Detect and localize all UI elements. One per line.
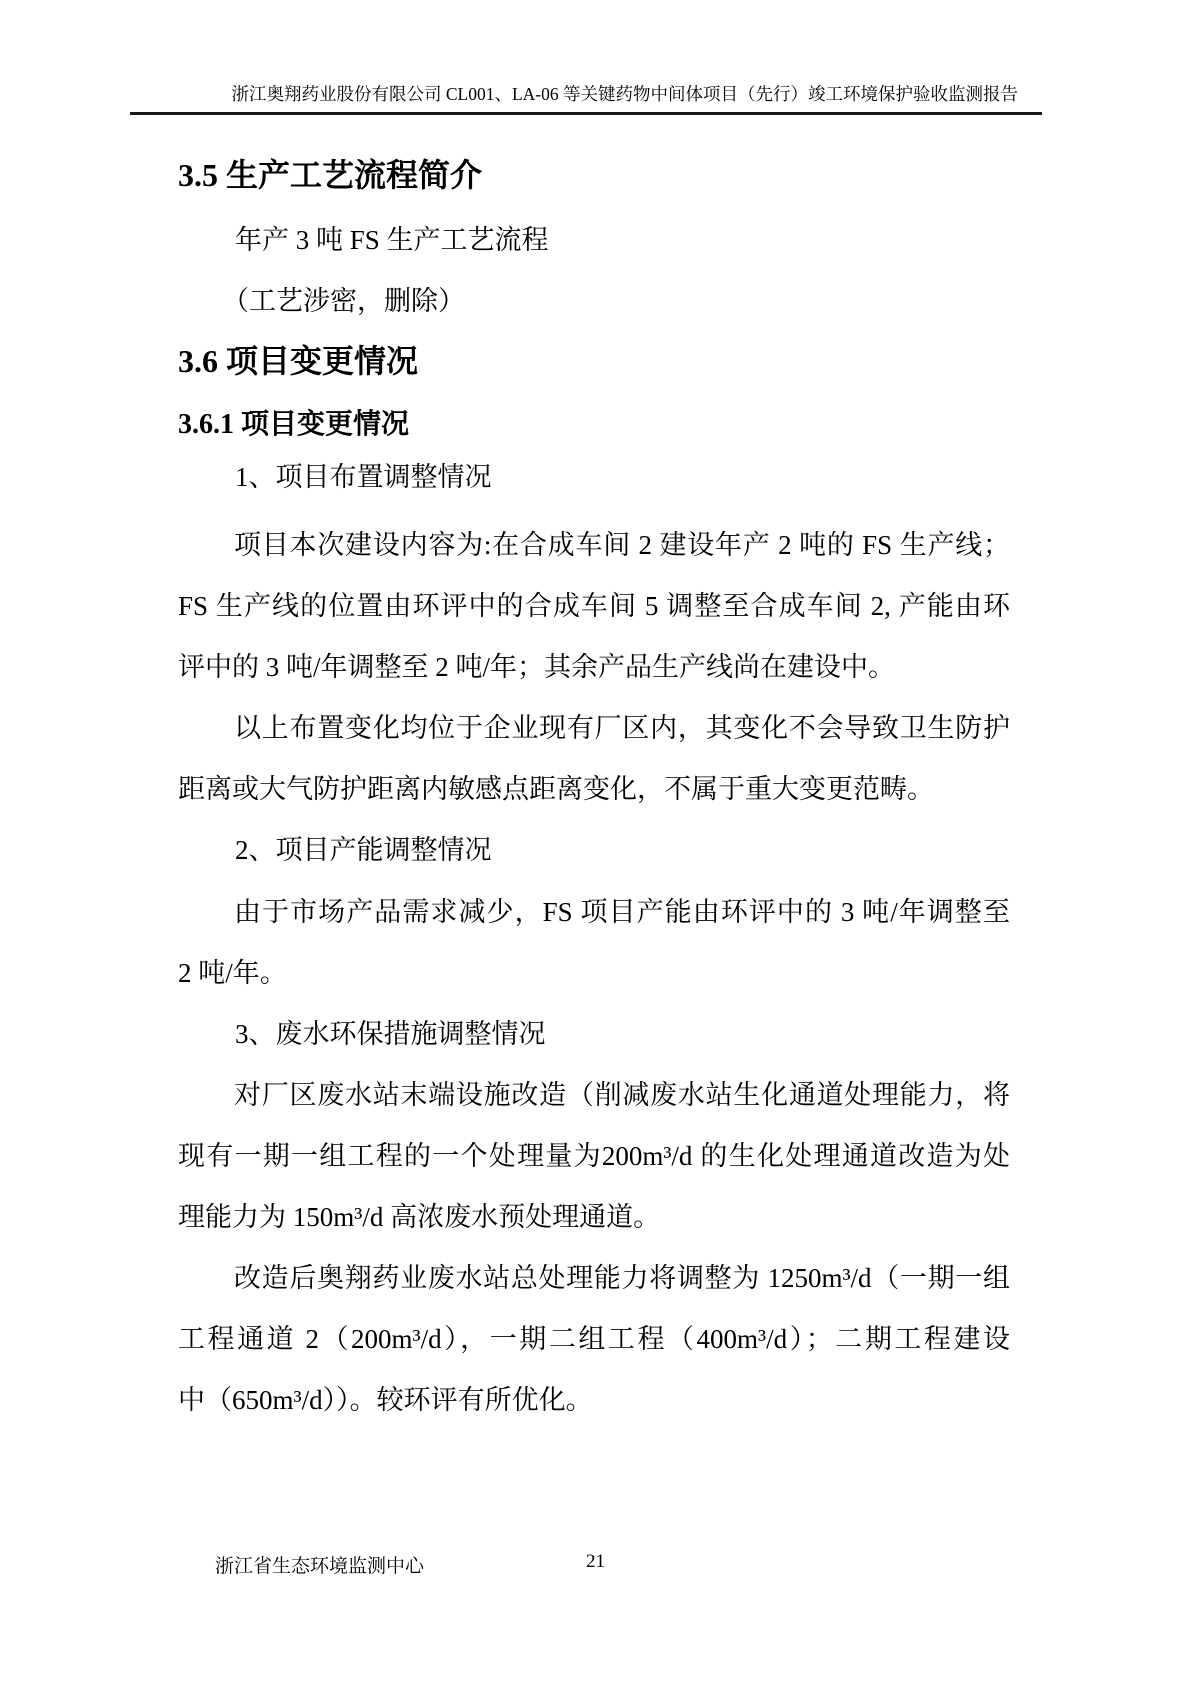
section-heading-3-5: 3.5 生产工艺流程简介 <box>178 158 482 193</box>
paragraph-line: 由于市场产品需求减少，FS 项目产能由环评中的 3 吨/年调整至 <box>178 896 1010 930</box>
list-item-2: 2、项目产能调整情况 <box>235 834 492 868</box>
paragraph-line: 评中的 3 吨/年调整至 2 吨/年；其余产品生产线尚在建设中。 <box>178 651 1010 685</box>
paragraph-line: 年产 3 吨 FS 生产工艺流程 <box>235 224 549 258</box>
paragraph-line: 距离或大气防护距离内敏感点距离变化，不属于重大变更范畴。 <box>178 773 1010 807</box>
section-heading-3-6: 3.6 项目变更情况 <box>178 344 418 379</box>
list-item-1: 1、项目布置调整情况 <box>235 461 492 495</box>
paragraph-line: 现有一期一组工程的一个处理量为200m³/d 的生化处理通道改造为处 <box>178 1140 1010 1174</box>
paragraph-line: 项目本次建设内容为:在合成车间 2 建设年产 2 吨的 FS 生产线； <box>178 529 1010 563</box>
paragraph-line: （工艺涉密，删除） <box>222 285 465 319</box>
footer-page-number: 21 <box>586 1551 605 1573</box>
footer-organization: 浙江省生态环境监测中心 <box>215 1551 424 1578</box>
paragraph-line: 2 吨/年。 <box>178 957 1010 991</box>
running-header-title: 浙江奥翔药业股份有限公司 CL001、LA-06 等关键药物中间体项目（先行）竣… <box>130 84 1040 106</box>
paragraph-line: 理能力为 150m³/d 高浓废水预处理通道。 <box>178 1201 1010 1235</box>
paragraph-line: 对厂区废水站末端设施改造（削减废水站生化通道处理能力，将 <box>178 1079 1010 1113</box>
paragraph-line: FS 生产线的位置由环评中的合成车间 5 调整至合成车间 2, 产能由环 <box>178 590 1010 624</box>
paragraph-line: 工程通道 2（200m³/d），一期二组工程（400m³/d）；二期工程建设 <box>178 1323 1010 1357</box>
list-item-3: 3、废水环保措施调整情况 <box>235 1018 546 1052</box>
paragraph-line: 改造后奥翔药业废水站总处理能力将调整为 1250m³/d（一期一组 <box>178 1262 1010 1296</box>
paragraph-line: 中（650m³/d））。较环评有所优化。 <box>178 1384 1010 1418</box>
header-rule <box>130 112 1042 115</box>
document-page: 浙江奥翔药业股份有限公司 CL001、LA-06 等关键药物中间体项目（先行）竣… <box>0 0 1190 1683</box>
paragraph-line: 以上布置变化均位于企业现有厂区内，其变化不会导致卫生防护 <box>178 712 1010 746</box>
section-heading-3-6-1: 3.6.1 项目变更情况 <box>178 410 409 441</box>
